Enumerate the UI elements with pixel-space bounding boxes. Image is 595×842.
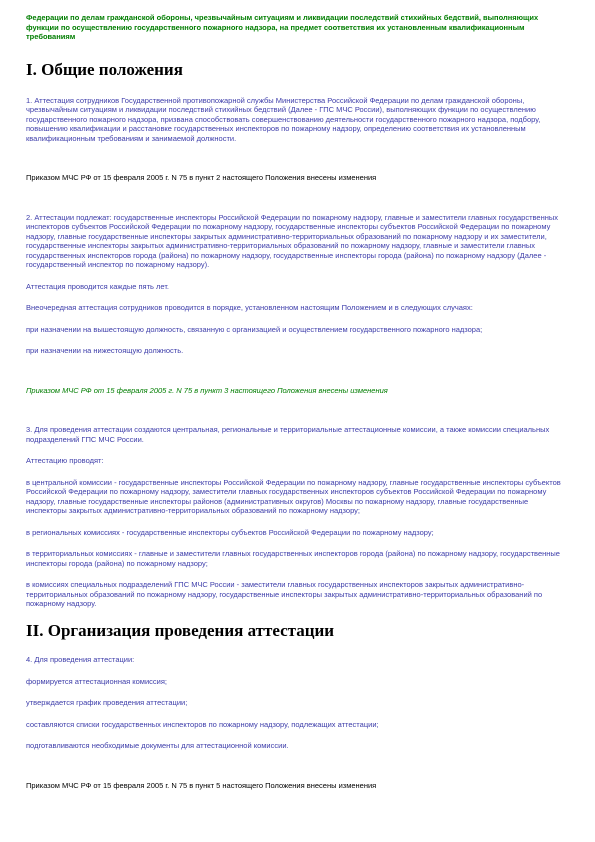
paragraph-territorial-commissions: в территориальных комиссиях - главные и … — [26, 549, 569, 568]
paragraph-3: 3. Для проведения аттестации создаются ц… — [26, 425, 569, 444]
paragraph-1: 1. Аттестация сотрудников Государственно… — [26, 96, 569, 144]
section-1-heading: I. Общие положения — [26, 60, 569, 80]
paragraph-higher-position: при назначении на вышестоящую должность,… — [26, 325, 569, 335]
paragraph-lower-position: при назначении на нижестоящую должность. — [26, 346, 569, 356]
paragraph-attestation-period: Аттестация проводится каждые пять лет. — [26, 282, 569, 292]
amendment-note-point-5: Приказом МЧС РФ от 15 февраля 2005 г. N … — [26, 781, 569, 791]
section-2-heading: II. Организация проведения аттестации — [26, 621, 569, 641]
paragraph-inspector-lists: составляются списки государственных инсп… — [26, 720, 569, 730]
paragraph-regional-commissions: в региональных комиссиях - государственн… — [26, 528, 569, 538]
amendment-note-point-2: Приказом МЧС РФ от 15 февраля 2005 г. N … — [26, 173, 569, 183]
amendment-note-point-3: Приказом МЧС РФ от 15 февраля 2005 г. N … — [26, 386, 569, 396]
paragraph-extraordinary-attestation: Внеочередная аттестация сотрудников пров… — [26, 303, 569, 313]
document-page: Федерации по делам гражданской обороны, … — [0, 0, 595, 842]
paragraph-documents-prepared: подготавливаются необходимые документы д… — [26, 741, 569, 751]
paragraph-schedule-approved: утверждается график проведения аттестаци… — [26, 698, 569, 708]
paragraph-central-commission: в центральной комиссии - государственные… — [26, 478, 569, 516]
document-title-continuation: Федерации по делам гражданской обороны, … — [26, 13, 569, 42]
paragraph-2: 2. Аттестации подлежат: государственные … — [26, 213, 569, 270]
paragraph-commissions-intro: Аттестацию проводят: — [26, 456, 569, 466]
paragraph-commission-formed: формируется аттестационная комиссия; — [26, 677, 569, 687]
paragraph-4: 4. Для проведения аттестации: — [26, 655, 569, 665]
paragraph-special-units-commissions: в комиссиях специальных подразделений ГП… — [26, 580, 569, 609]
